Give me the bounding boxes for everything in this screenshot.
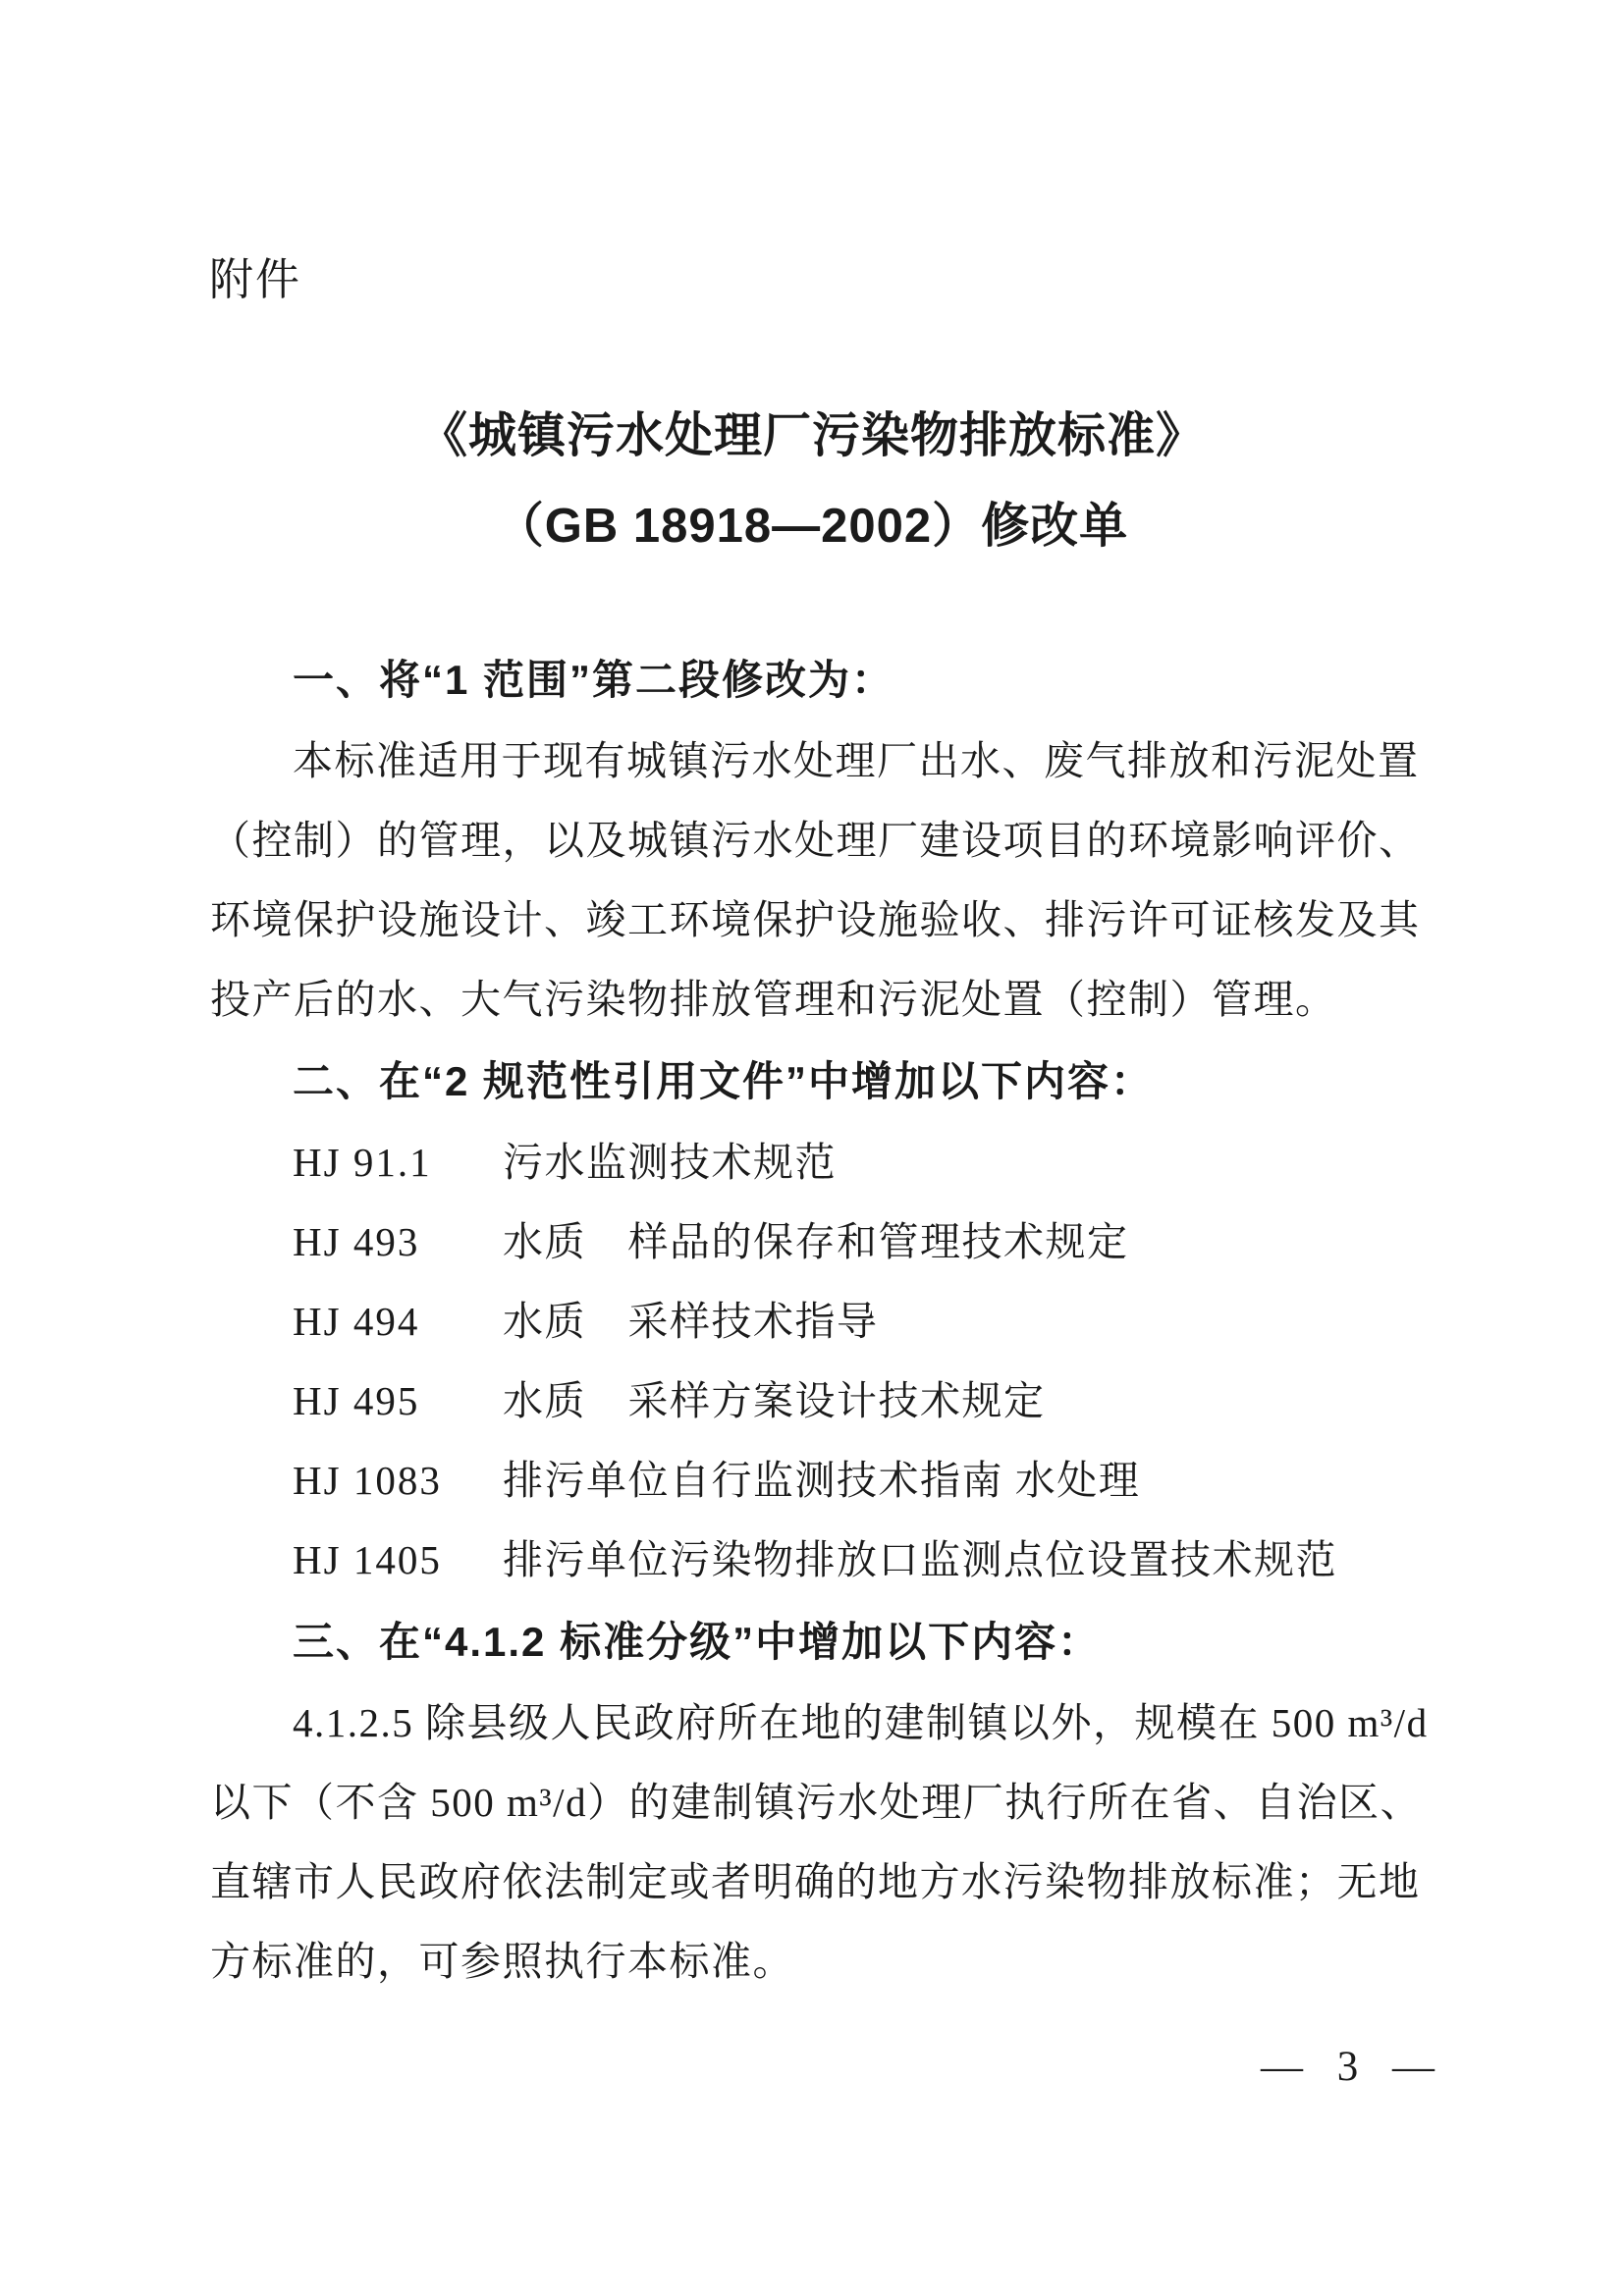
reference-code: HJ 1405 [293, 1521, 503, 1600]
reference-row: HJ 493 水质 样品的保存和管理技术规定 [293, 1202, 1420, 1282]
reference-title: 水质 采样方案设计技术规定 [503, 1362, 1046, 1441]
paragraph-line: （控制）的管理，以及城镇污水处理厂建设项目的环境影响评价、 [210, 801, 1420, 881]
attachment-label: 附件 [209, 253, 301, 306]
reference-title: 污水监测技术规范 [503, 1123, 837, 1202]
paragraph-line: 4.1.2.5 除县级人民政府所在地的建制镇以外，规模在 500 m³/d [210, 1683, 1420, 1763]
page-number: — 3 — [1261, 2044, 1435, 2091]
reference-code: HJ 494 [293, 1282, 503, 1362]
paragraph-line: 以下（不含 500 m³/d）的建制镇污水处理厂执行所在省、自治区、 [210, 1763, 1420, 1842]
reference-code: HJ 493 [293, 1202, 503, 1282]
reference-row: HJ 1405 排污单位污染物排放口监测点位设置技术规范 [293, 1521, 1420, 1600]
reference-row: HJ 495 水质 采样方案设计技术规定 [293, 1362, 1420, 1441]
reference-title: 排污单位污染物排放口监测点位设置技术规范 [503, 1521, 1337, 1600]
reference-code: HJ 495 [293, 1362, 503, 1441]
section-one-heading: 一、将“1 范围”第二段修改为： [210, 640, 1420, 720]
reference-row: HJ 1083 排污单位自行监测技术指南 水处理 [293, 1441, 1420, 1521]
reference-title: 水质 采样技术指导 [503, 1282, 879, 1362]
document-title-line1: 《城镇污水处理厂污染物排放标准》 [0, 391, 1624, 481]
reference-title: 水质 样品的保存和管理技术规定 [503, 1202, 1129, 1282]
paragraph-line: 投产后的水、大气污染物排放管理和污泥处置（控制）管理。 [210, 960, 1420, 1040]
paragraph-line: 环境保护设施设计、竣工环境保护设施验收、排污许可证核发及其 [210, 881, 1420, 960]
paragraph-line: 本标准适用于现有城镇污水处理厂出水、废气排放和污泥处置 [210, 721, 1420, 801]
document-body: 一、将“1 范围”第二段修改为： 本标准适用于现有城镇污水处理厂出水、废气排放和… [210, 638, 1420, 2002]
reference-row: HJ 494 水质 采样技术指导 [293, 1282, 1420, 1362]
reference-code: HJ 1083 [293, 1441, 503, 1521]
section-three-heading: 三、在“4.1.2 标准分级”中增加以下内容： [210, 1602, 1420, 1682]
document-title-line2: （GB 18918—2002）修改单 [0, 481, 1624, 571]
document-title: 《城镇污水处理厂污染物排放标准》 （GB 18918—2002）修改单 [0, 391, 1624, 571]
document-page: 附件 《城镇污水处理厂污染物排放标准》 （GB 18918—2002）修改单 一… [0, 0, 1624, 2296]
reference-title: 排污单位自行监测技术指南 水处理 [503, 1441, 1140, 1521]
reference-row: HJ 91.1 污水监测技术规范 [293, 1123, 1420, 1202]
paragraph-line: 方标准的，可参照执行本标准。 [210, 1922, 1420, 2002]
paragraph-line: 直辖市人民政府依法制定或者明确的地方水污染物排放标准；无地 [210, 1842, 1420, 1922]
reference-code: HJ 91.1 [293, 1123, 503, 1202]
section-two-heading: 二、在“2 规范性引用文件”中增加以下内容： [210, 1041, 1420, 1121]
